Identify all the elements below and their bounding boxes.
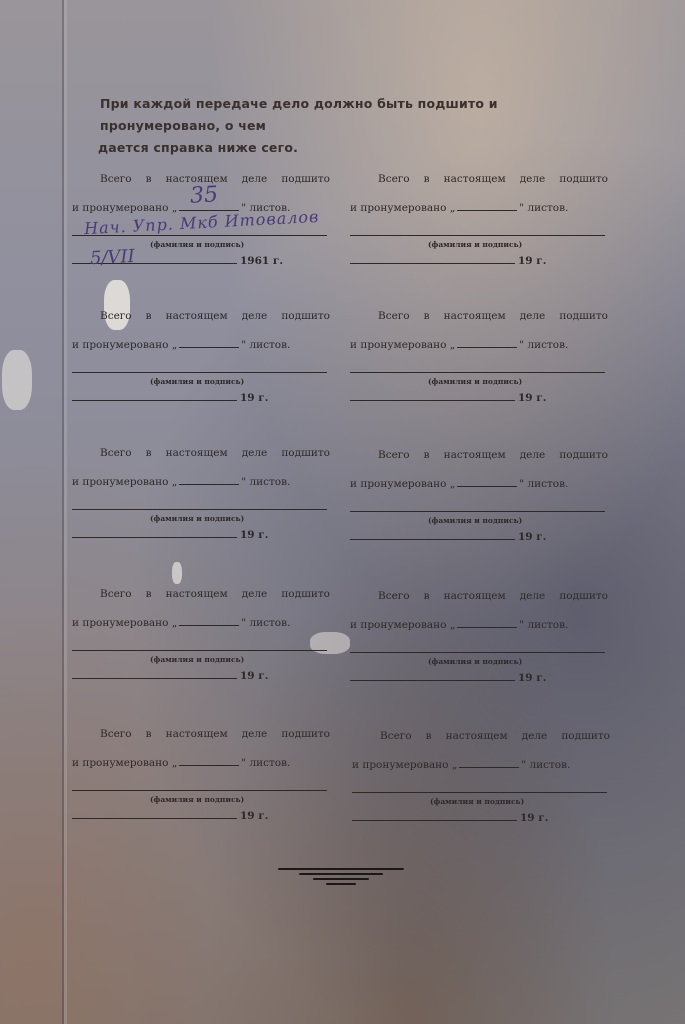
sheets-count-field[interactable] bbox=[457, 336, 517, 348]
form-word: подшито bbox=[559, 449, 608, 461]
numbered-sheets-row: и пронумеровано „" листов. bbox=[350, 475, 568, 490]
form-word: настоящем bbox=[446, 730, 508, 742]
form-word: Всего bbox=[100, 310, 132, 322]
form-word: Всего bbox=[378, 449, 410, 461]
form-word: подшито bbox=[281, 728, 330, 740]
form-word: подшито bbox=[281, 588, 330, 600]
form-word: подшито bbox=[559, 310, 608, 322]
form-word: деле bbox=[520, 310, 546, 322]
numbered-sheets-row: и пронумеровано „" листов. bbox=[72, 336, 290, 351]
form-word: Всего bbox=[100, 588, 132, 600]
form-word: в bbox=[424, 310, 430, 322]
open-quote: „ bbox=[172, 757, 177, 769]
year-field: 1961 г. bbox=[240, 255, 283, 267]
form-word: Всего bbox=[378, 173, 410, 185]
form-word: деле bbox=[242, 728, 268, 740]
form-word: деле bbox=[242, 173, 268, 185]
form-word: Всего bbox=[378, 310, 410, 322]
date-line[interactable] bbox=[352, 820, 517, 821]
open-quote: „ bbox=[172, 339, 177, 351]
sheets-label: листов. bbox=[527, 478, 568, 490]
signature-caption: (фамилия и подпись) bbox=[150, 240, 244, 249]
form-word: деле bbox=[242, 310, 268, 322]
numbered-sheets-row: и пронумеровано „" листов. bbox=[72, 614, 290, 629]
sheets-label: листов. bbox=[529, 759, 570, 771]
numbered-label: и пронумеровано bbox=[350, 478, 446, 490]
form-word: деле bbox=[522, 730, 548, 742]
form-word: подшито bbox=[561, 730, 610, 742]
sheets-count-field[interactable] bbox=[457, 616, 517, 628]
date-line[interactable] bbox=[350, 539, 515, 540]
sheets-count-field[interactable] bbox=[179, 473, 239, 485]
form-word: настоящем bbox=[166, 310, 228, 322]
form-word: в bbox=[424, 590, 430, 602]
numbered-label: и пронумеровано bbox=[350, 339, 446, 351]
open-quote: „ bbox=[450, 619, 455, 631]
open-quote: „ bbox=[450, 339, 455, 351]
form-word: в bbox=[424, 449, 430, 461]
sheets-count-field[interactable] bbox=[179, 614, 239, 626]
signature-caption: (фамилия и подпись) bbox=[150, 655, 244, 664]
date-line[interactable] bbox=[72, 400, 237, 401]
sheets-label: листов. bbox=[527, 619, 568, 631]
form-word: в bbox=[424, 173, 430, 185]
signature-caption: (фамилия и подпись) bbox=[428, 657, 522, 666]
numbered-sheets-row: и пронумеровано „" листов. bbox=[350, 616, 568, 631]
signature-line[interactable] bbox=[350, 372, 605, 373]
sheets-count-field[interactable] bbox=[459, 756, 519, 768]
instruction-header: При каждой передаче дело должно быть под… bbox=[100, 93, 620, 159]
form-word: деле bbox=[520, 173, 546, 185]
total-sheets-label: Всеговнастоящемделеподшито bbox=[380, 730, 610, 742]
date-line[interactable] bbox=[72, 537, 237, 538]
numbered-label: и пронумеровано bbox=[352, 759, 448, 771]
signature-line[interactable] bbox=[72, 790, 327, 791]
closing-ornament bbox=[278, 868, 404, 888]
form-word: деле bbox=[242, 447, 268, 459]
signature-line[interactable] bbox=[350, 652, 605, 653]
numbered-sheets-row: и пронумеровано „" листов. bbox=[350, 336, 568, 351]
total-sheets-label: Всеговнастоящемделеподшито bbox=[100, 728, 330, 740]
form-word: настоящем bbox=[166, 447, 228, 459]
form-word: настоящем bbox=[166, 588, 228, 600]
paper-wear-mark bbox=[172, 562, 182, 584]
signature-caption: (фамилия и подпись) bbox=[150, 377, 244, 386]
signature-line[interactable] bbox=[72, 509, 327, 510]
total-sheets-label: Всеговнастоящемделеподшито bbox=[100, 310, 330, 322]
form-word: настоящем bbox=[444, 173, 506, 185]
handwritten-sheets-count: 35 bbox=[189, 182, 218, 208]
sheets-label: листов. bbox=[527, 202, 568, 214]
numbered-label: и пронумеровано bbox=[72, 339, 168, 351]
total-sheets-label: Всеговнастоящемделеподшито bbox=[378, 449, 608, 461]
sheets-label: листов. bbox=[249, 339, 290, 351]
numbered-label: и пронумеровано bbox=[72, 202, 168, 214]
sheets-count-field[interactable] bbox=[457, 475, 517, 487]
paper-wear-mark bbox=[2, 350, 32, 410]
form-word: настоящем bbox=[444, 590, 506, 602]
signature-caption: (фамилия и подпись) bbox=[428, 377, 522, 386]
open-quote: „ bbox=[172, 617, 177, 629]
open-quote: „ bbox=[452, 759, 457, 771]
numbered-label: и пронумеровано bbox=[350, 202, 446, 214]
signature-line[interactable] bbox=[352, 792, 607, 793]
form-word: деле bbox=[242, 588, 268, 600]
form-word: в bbox=[146, 173, 152, 185]
close-quote: " bbox=[241, 617, 246, 629]
year-field: 19 г. bbox=[520, 812, 548, 824]
year-field: 19 г. bbox=[518, 255, 546, 267]
numbered-label: и пронумеровано bbox=[72, 617, 168, 629]
numbered-sheets-row: и пронумеровано „" листов. bbox=[72, 754, 290, 769]
form-word: настоящем bbox=[444, 310, 506, 322]
form-word: Всего bbox=[100, 173, 132, 185]
date-line[interactable] bbox=[72, 678, 237, 679]
close-quote: " bbox=[241, 757, 246, 769]
sheets-count-field[interactable] bbox=[179, 754, 239, 766]
total-sheets-label: Всеговнастоящемделеподшито bbox=[100, 588, 330, 600]
form-word: подшито bbox=[281, 310, 330, 322]
numbered-label: и пронумеровано bbox=[350, 619, 446, 631]
form-word: деле bbox=[520, 449, 546, 461]
close-quote: " bbox=[519, 202, 524, 214]
numbered-sheets-row: и пронумеровано „" листов. bbox=[352, 756, 570, 771]
sheets-count-field[interactable] bbox=[179, 336, 239, 348]
numbered-sheets-row: и пронумеровано „" листов. bbox=[72, 473, 290, 488]
form-word: в bbox=[146, 728, 152, 740]
date-line[interactable] bbox=[350, 680, 515, 681]
signature-caption: (фамилия и подпись) bbox=[150, 795, 244, 804]
form-word: подшито bbox=[281, 447, 330, 459]
date-line[interactable] bbox=[350, 263, 515, 264]
total-sheets-label: Всеговнастоящемделеподшито bbox=[100, 447, 330, 459]
date-line[interactable] bbox=[350, 400, 515, 401]
year-field: 19 г. bbox=[518, 392, 546, 404]
year-field: 19 г. bbox=[518, 531, 546, 543]
handwritten-date: 5/VII bbox=[89, 246, 135, 269]
total-sheets-label: Всеговнастоящемделеподшито bbox=[378, 590, 608, 602]
sheets-count-field[interactable] bbox=[457, 199, 517, 211]
form-word: подшито bbox=[281, 173, 330, 185]
form-word: в bbox=[146, 310, 152, 322]
year-field: 19 г. bbox=[240, 392, 268, 404]
form-word: подшито bbox=[559, 590, 608, 602]
total-sheets-label: Всеговнастоящемделеподшито bbox=[378, 173, 608, 185]
signature-line[interactable] bbox=[72, 372, 327, 373]
close-quote: " bbox=[519, 619, 524, 631]
form-word: Всего bbox=[100, 728, 132, 740]
signature-line[interactable] bbox=[350, 511, 605, 512]
form-word: настоящем bbox=[166, 728, 228, 740]
form-word: Всего bbox=[380, 730, 412, 742]
numbered-label: и пронумеровано bbox=[72, 757, 168, 769]
close-quote: " bbox=[519, 339, 524, 351]
form-word: подшито bbox=[559, 173, 608, 185]
header-line-2: дается справка ниже сего. bbox=[98, 137, 620, 159]
close-quote: " bbox=[519, 478, 524, 490]
form-word: настоящем bbox=[444, 449, 506, 461]
total-sheets-label: Всеговнастоящемделеподшито bbox=[378, 310, 608, 322]
date-line[interactable] bbox=[72, 818, 237, 819]
close-quote: " bbox=[521, 759, 526, 771]
year-field: 19 г. bbox=[518, 672, 546, 684]
form-word: Всего bbox=[100, 447, 132, 459]
signature-caption: (фамилия и подпись) bbox=[428, 240, 522, 249]
form-word: в bbox=[146, 447, 152, 459]
year-field: 19 г. bbox=[240, 670, 268, 682]
year-field: 19 г. bbox=[240, 810, 268, 822]
form-word: в bbox=[146, 588, 152, 600]
year-field: 19 г. bbox=[240, 529, 268, 541]
open-quote: „ bbox=[450, 478, 455, 490]
signature-caption: (фамилия и подпись) bbox=[430, 797, 524, 806]
numbered-label: и пронумеровано bbox=[72, 476, 168, 488]
sheets-label: листов. bbox=[249, 476, 290, 488]
signature-caption: (фамилия и подпись) bbox=[428, 516, 522, 525]
signature-line[interactable] bbox=[350, 235, 605, 236]
numbered-sheets-row: и пронумеровано „" листов. bbox=[350, 199, 568, 214]
form-word: в bbox=[426, 730, 432, 742]
paper-wear-mark bbox=[104, 280, 130, 330]
form-word: деле bbox=[520, 590, 546, 602]
fold-highlight bbox=[64, 0, 67, 1024]
form-word: Всего bbox=[378, 590, 410, 602]
signature-line[interactable] bbox=[72, 650, 327, 651]
open-quote: „ bbox=[450, 202, 455, 214]
close-quote: " bbox=[241, 339, 246, 351]
open-quote: „ bbox=[172, 202, 177, 214]
header-line-1: При каждой передаче дело должно быть под… bbox=[100, 93, 620, 137]
sheets-label: листов. bbox=[527, 339, 568, 351]
sheets-label: листов. bbox=[249, 617, 290, 629]
close-quote: " bbox=[241, 476, 246, 488]
open-quote: „ bbox=[172, 476, 177, 488]
sheets-label: листов. bbox=[249, 757, 290, 769]
signature-caption: (фамилия и подпись) bbox=[150, 514, 244, 523]
